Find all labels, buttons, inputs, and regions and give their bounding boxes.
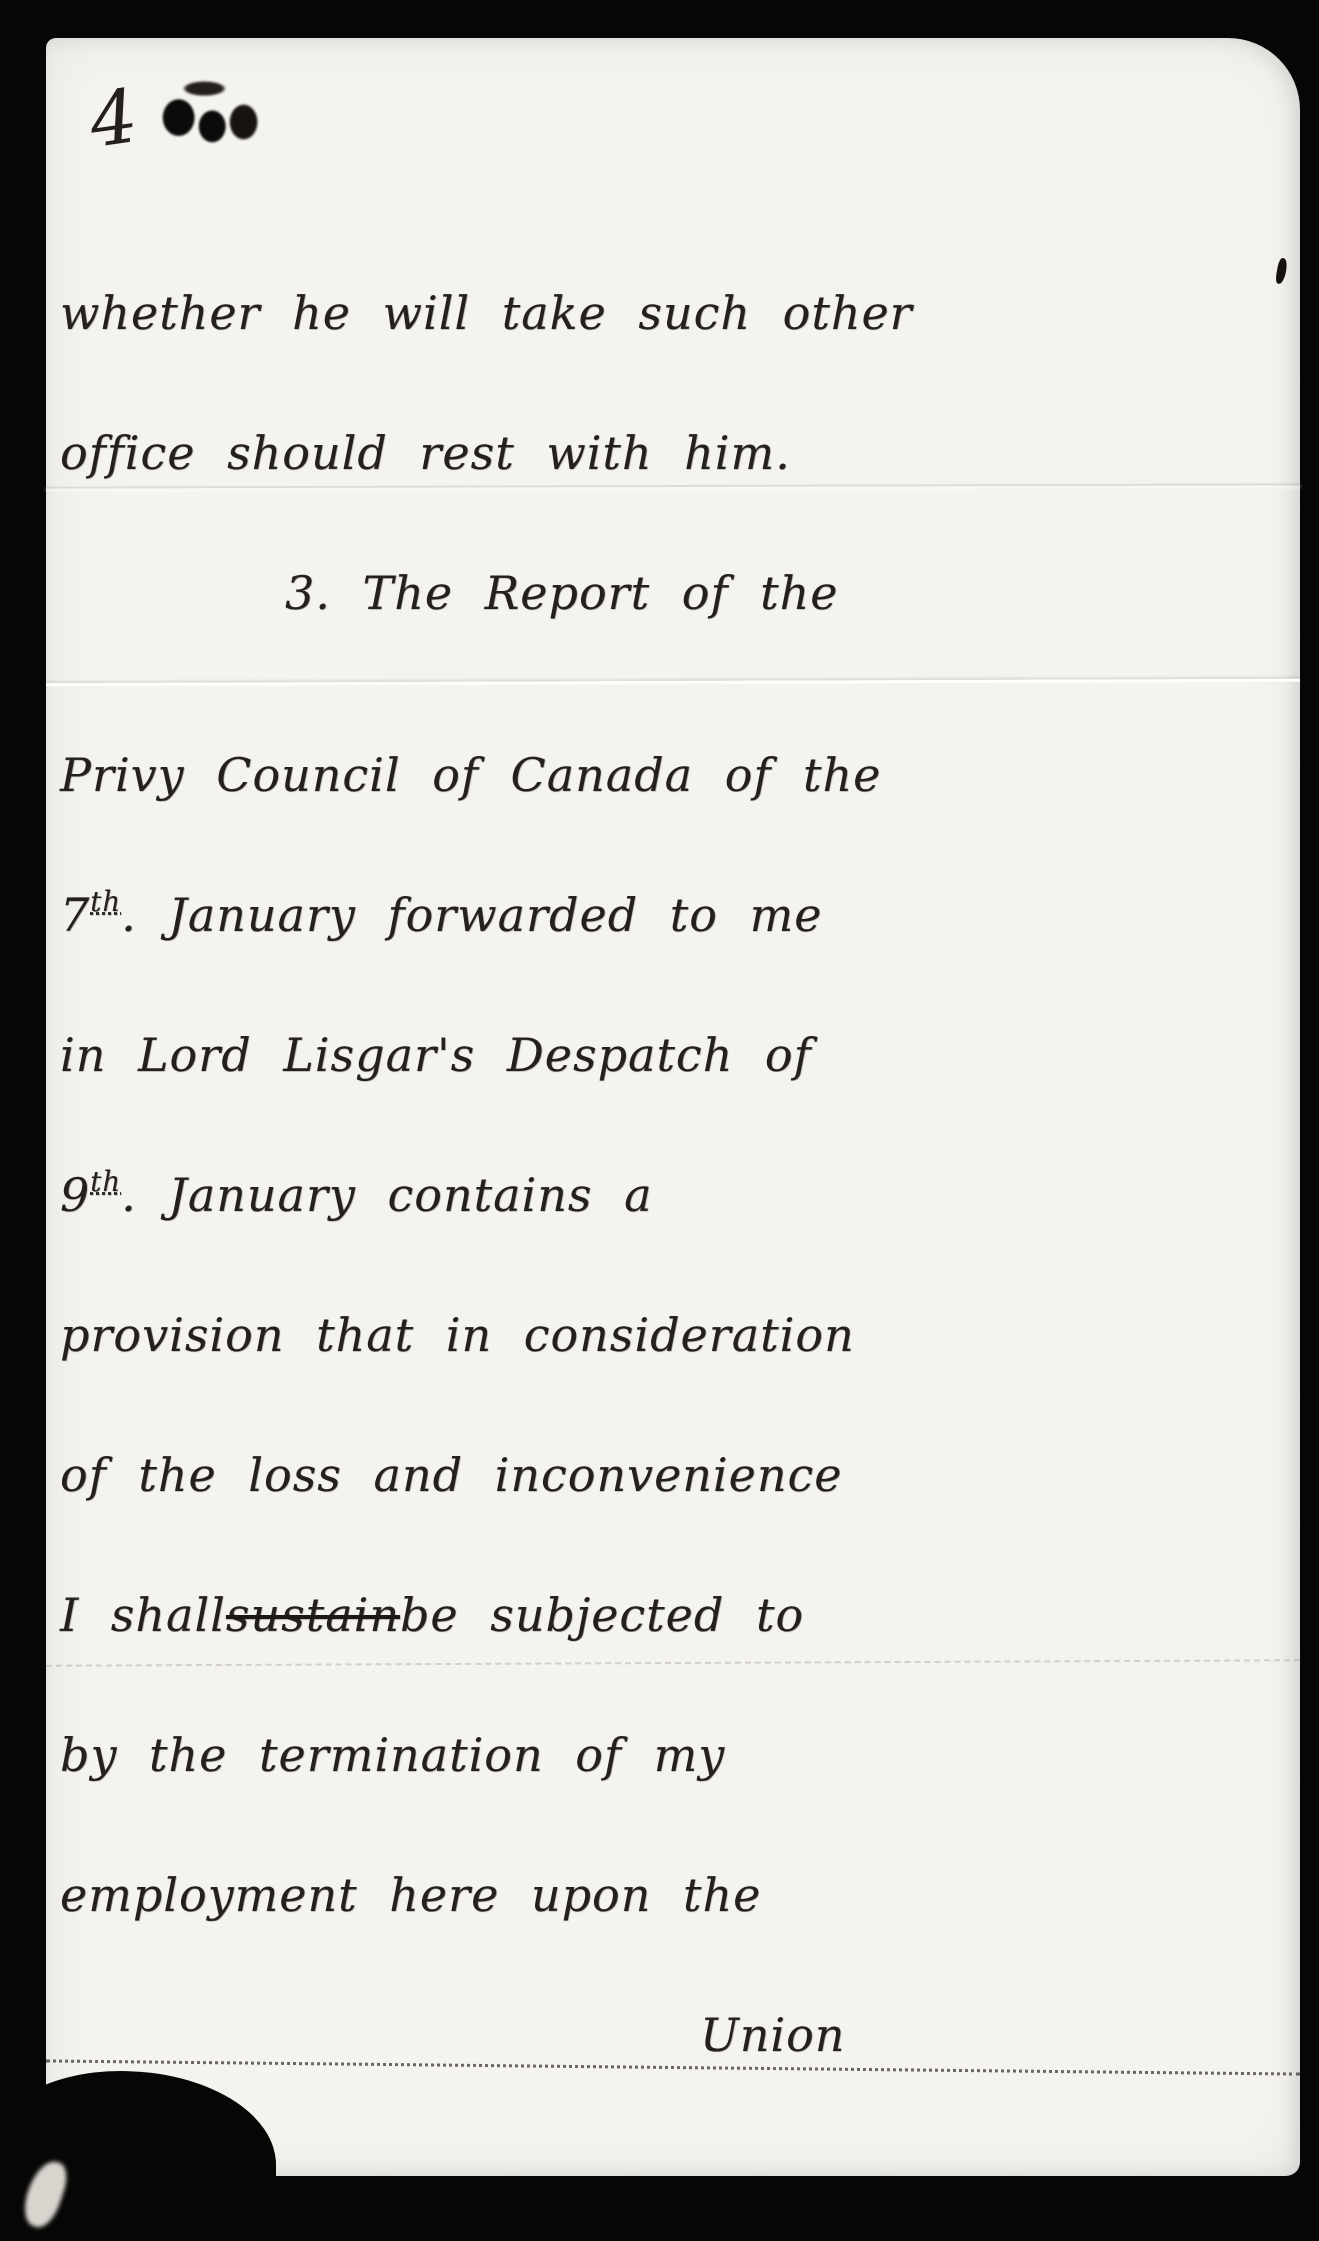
manuscript-line: office should rest with him.	[60, 383, 1280, 523]
text-segment: Union	[700, 2008, 845, 2062]
struck-word: sustain	[226, 1588, 400, 1642]
text-segment: employment here upon the	[60, 1868, 761, 1922]
text-segment: I shall	[60, 1588, 226, 1642]
manuscript-line: by the termination of my	[60, 1685, 1280, 1825]
manuscript-lines: whether he will take such otheroffice sh…	[46, 38, 1300, 2105]
scanned-document: 4 whether he will take such otheroffice …	[0, 0, 1319, 2241]
text-segment: of the loss and inconvenience	[60, 1448, 842, 1502]
superscript-ordinal: th	[90, 1165, 121, 1198]
thumb-highlight	[18, 2156, 71, 2231]
manuscript-line: 7th. January forwarded to me	[60, 845, 1280, 985]
text-segment: Privy Council of Canada of the	[60, 748, 881, 802]
manuscript-line: provision that in consideration	[60, 1265, 1280, 1405]
text-segment: be subjected to	[400, 1588, 804, 1642]
catchword-line: Union	[60, 1965, 1280, 2105]
manuscript-page: 4 whether he will take such otheroffice …	[46, 38, 1300, 2176]
manuscript-line: Privy Council of Canada of the	[60, 705, 1280, 845]
text-segment: whether he will take such other	[60, 286, 913, 340]
manuscript-line: in Lord Lisgar's Despatch of	[60, 985, 1280, 1125]
manuscript-line: 3. The Report of the	[60, 523, 1280, 663]
text-segment: 9	[60, 1168, 90, 1222]
text-segment: 7	[60, 888, 90, 942]
text-segment: office should rest with him.	[60, 426, 791, 480]
text-segment: by the termination of my	[60, 1728, 725, 1782]
text-segment: provision that in consideration	[60, 1308, 855, 1362]
text-segment: . January contains a	[121, 1168, 652, 1222]
text-segment: in Lord Lisgar's Despatch of	[60, 1028, 812, 1082]
manuscript-line: of the loss and inconvenience	[60, 1405, 1280, 1545]
manuscript-line: whether he will take such other	[60, 243, 1280, 383]
manuscript-line: employment here upon the	[60, 1825, 1280, 1965]
manuscript-line: I shall sustain be subjected to	[60, 1545, 1280, 1685]
text-segment: 3. The Report of the	[285, 566, 838, 620]
superscript-ordinal: th	[90, 885, 121, 918]
text-segment: . January forwarded to me	[121, 888, 822, 942]
manuscript-line: 9th. January contains a	[60, 1125, 1280, 1265]
